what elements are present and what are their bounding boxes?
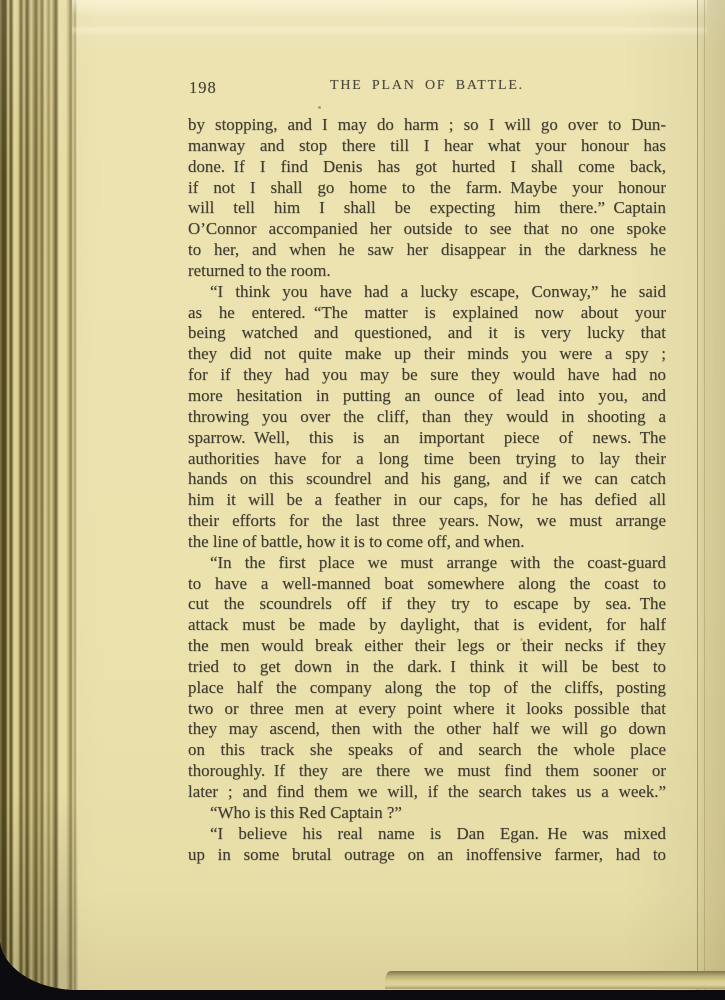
text-line: manway and stop there till I hear what y… (188, 136, 666, 157)
text-line: the men would break either their legs or… (188, 636, 666, 657)
text-line: more hesitation in putting an ounce of l… (188, 386, 666, 407)
paper-speck (318, 106, 321, 109)
text-line: to have a well-manned boat somewhere alo… (188, 574, 666, 595)
paragraph: “In the first place we must arrange with… (188, 553, 666, 803)
paragraph: “I think you have had a lucky escape, Co… (188, 282, 666, 553)
text-line: as he entered. “The matter is explained … (188, 303, 666, 324)
text-line: cut the scoundrels off if they try to es… (188, 594, 666, 615)
text-block: 198 THE PLAN OF BATTLE. by stopping, and… (188, 78, 666, 96)
text-line: “In the first place we must arrange with… (188, 553, 666, 574)
text-line: attack must be made by daylight, that is… (188, 615, 666, 636)
page-edges-left (0, 0, 78, 990)
text-line: place half the company along the top of … (188, 678, 666, 699)
text-line: for if they had you may be sure they wou… (188, 365, 666, 386)
text-line: they did not quite make up their minds y… (188, 344, 666, 365)
text-line: “I believe his real name is Dan Egan. He… (188, 824, 666, 845)
text-line: “I think you have had a lucky escape, Co… (188, 282, 666, 303)
text-line: returned to the room. (188, 261, 666, 282)
text-line: O’Connor accompanied her outside to see … (188, 219, 666, 240)
text-line: the line of battle, how it is to come of… (188, 532, 666, 553)
text-line: by stopping, and I may do harm ; so I wi… (188, 115, 666, 136)
page-number: 198 (189, 78, 217, 98)
text-line: “Who is this Red Captain ?” (188, 803, 666, 824)
book-bottom-edge (385, 971, 725, 989)
text-line: up in some brutal outrage on an inoffens… (188, 845, 666, 866)
paragraph: by stopping, and I may do harm ; so I wi… (188, 115, 666, 282)
text-line: they may ascend, then with the other hal… (188, 719, 666, 740)
text-line: will tell him I shall be expecting him t… (188, 198, 666, 219)
text-line: later ; and find them we will, if the se… (188, 782, 666, 803)
text-line: sparrow. Well, this is an important piec… (188, 428, 666, 449)
page-right-edge (697, 0, 725, 990)
paragraph: “I believe his real name is Dan Egan. He… (188, 824, 666, 866)
text-line: their efforts for the last three years. … (188, 511, 666, 532)
body-text: by stopping, and I may do harm ; so I wi… (188, 115, 666, 865)
text-line: hands on this scoundrel and his gang, an… (188, 469, 666, 490)
text-line: tried to get down in the dark. I think i… (188, 657, 666, 678)
text-line: to her, and when he saw her disappear in… (188, 240, 666, 261)
text-line: him it will be a feather in our caps, fo… (188, 490, 666, 511)
page-top-edge (72, 0, 707, 48)
text-line: done. If I find Denis has got hurted I s… (188, 157, 666, 178)
text-line: if not I shall go home to the farm. Mayb… (188, 178, 666, 199)
book-page: 198 THE PLAN OF BATTLE. by stopping, and… (0, 0, 725, 990)
page-header: 198 THE PLAN OF BATTLE. (188, 78, 666, 96)
book-photo: 198 THE PLAN OF BATTLE. by stopping, and… (0, 0, 725, 1000)
paragraph: “Who is this Red Captain ?” (188, 803, 666, 824)
running-title: THE PLAN OF BATTLE. (188, 78, 666, 94)
text-line: being watched and questioned, and it is … (188, 323, 666, 344)
text-line: thoroughly. If they are there we must fi… (188, 761, 666, 782)
text-line: throwing you over the cliff, than they w… (188, 407, 666, 428)
text-line: on this track she speaks of and search t… (188, 740, 666, 761)
text-line: two or three men at every point where it… (188, 699, 666, 720)
text-line: authorities have for a long time been tr… (188, 449, 666, 470)
